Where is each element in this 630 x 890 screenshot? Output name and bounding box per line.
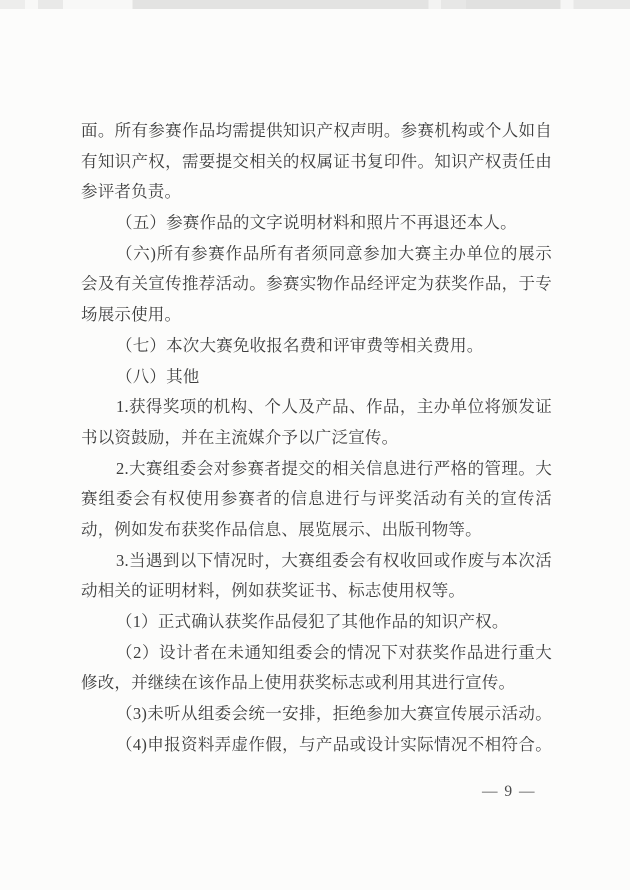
text-line: 3.当遇到以下情况时，大赛组委会有权收回或作废与本次活 <box>81 546 552 577</box>
scan-artifact-top <box>0 0 630 9</box>
text-line: （4)申报资料弄虚作假，与产品或设计实际情况不相符合。 <box>81 730 552 761</box>
text-line: 会及有关宣传推荐活动。参赛实物作品经评定为获奖作品，于专 <box>81 269 552 300</box>
text-line: 书以资鼓励，并在主流媒介予以广泛宣传。 <box>81 423 552 454</box>
text-line: 参评者负责。 <box>81 177 552 208</box>
text-line: （3)未听从组委会统一安排，拒绝参加大赛宣传展示活动。 <box>81 699 552 730</box>
text-line: 赛组委会有权使用参赛者的信息进行与评奖活动有关的宣传活 <box>81 484 552 515</box>
text-line: （2）设计者在未通知组委会的情况下对获奖作品进行重大 <box>81 638 552 669</box>
text-line: （1）正式确认获奖作品侵犯了其他作品的知识产权。 <box>81 607 552 638</box>
page-number: — 9 — <box>482 781 536 803</box>
text-line: 修改，并继续在该作品上使用获奖标志或利用其进行宣传。 <box>81 668 552 699</box>
text-line: 有知识产权，需要提交相关的权属证书复印件。知识产权责任由 <box>81 147 552 178</box>
text-line: 2.大赛组委会对参赛者提交的相关信息进行严格的管理。大 <box>81 454 552 485</box>
text-line: （六)所有参赛作品所有者须同意参加大赛主办单位的展示 <box>81 239 552 270</box>
text-line: 1.获得奖项的机构、个人及产品、作品，主办单位将颁发证 <box>81 392 552 423</box>
document-page: 面。所有参赛作品均需提供知识产权声明。参赛机构或个人如自有知识产权，需要提交相关… <box>0 0 630 890</box>
text-line: （七）本次大赛免收报名费和评审费等相关费用。 <box>81 331 552 362</box>
text-line: 面。所有参赛作品均需提供知识产权声明。参赛机构或个人如自 <box>81 116 552 147</box>
text-line: 场展示使用。 <box>81 300 552 331</box>
text-line: （八）其他 <box>81 362 552 393</box>
document-body: 面。所有参赛作品均需提供知识产权声明。参赛机构或个人如自有知识产权，需要提交相关… <box>81 116 552 760</box>
text-line: 动相关的证明材料，例如获奖证书、标志使用权等。 <box>81 576 552 607</box>
text-line: （五）参赛作品的文字说明材料和照片不再退还本人。 <box>81 208 552 239</box>
text-line: 动，例如发布获奖作品信息、展览展示、出版刊物等。 <box>81 515 552 546</box>
